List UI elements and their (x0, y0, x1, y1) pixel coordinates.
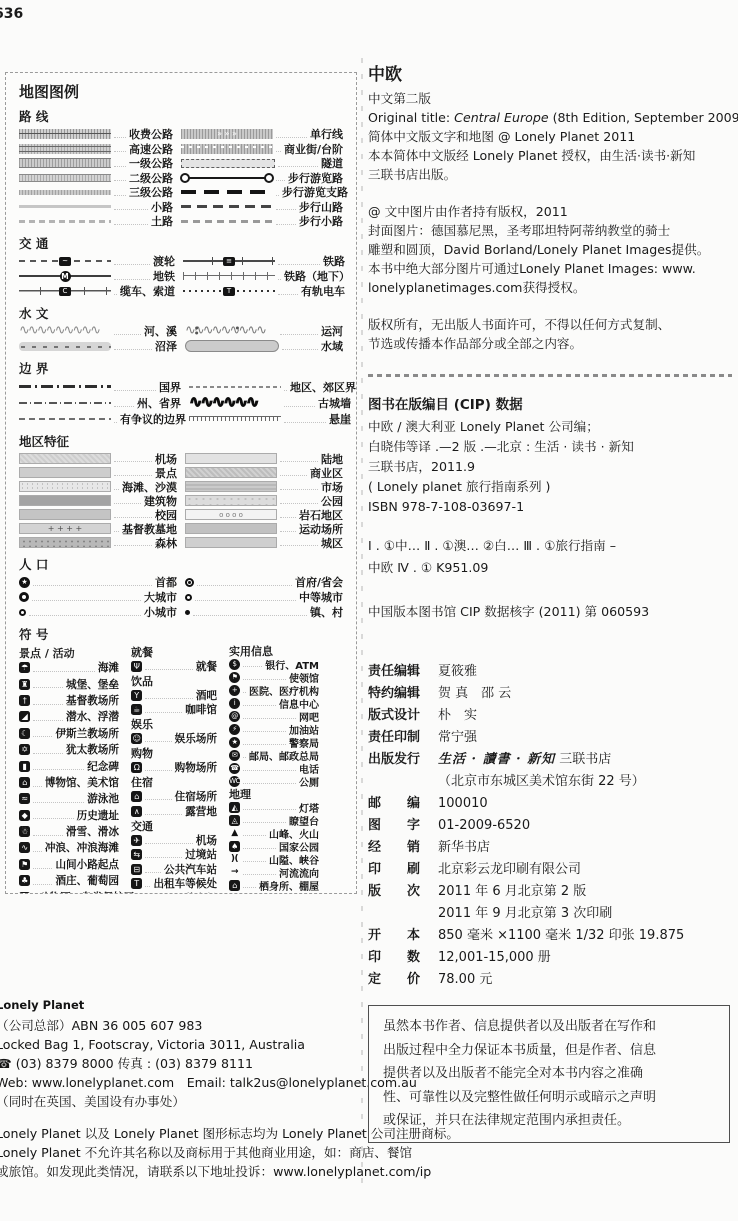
license-line: 简体中文版文字和地图 @ Lonely Planet 2011 (368, 127, 732, 146)
lighthouse-icon: ◭ (229, 802, 240, 813)
route-swatch (181, 144, 273, 154)
trademark-line: Lonely Planet 不允许其名称以及商标用于其他商业用途，如：商店、餐馆 (0, 1143, 368, 1162)
dotted-leader (280, 503, 318, 504)
dotted-leader (145, 857, 182, 858)
dotted-leader (114, 195, 126, 196)
route-swatch (181, 220, 273, 223)
transport-line-swatch: ~ (19, 255, 111, 267)
legend-row: 步行游览路 (181, 171, 343, 186)
population-mark-icon (185, 594, 192, 601)
symbol-label: 伊斯兰教场所 (55, 726, 119, 741)
cip-registry-line: 中国版本图书馆 CIP 数据核字 (2011) 第 060593 (368, 601, 732, 620)
credit-row: 开 本 850 毫米 ×1100 毫米 1/32 印张 19.875 (368, 925, 732, 947)
legend-label: 地铁 (153, 268, 175, 284)
legend-row: 小路 (19, 200, 173, 215)
bank-atm-icon: $ (229, 659, 240, 670)
legend-row: 镇、村 (185, 605, 343, 620)
disclaimer-line: 出版过程中全力保证本书质量，但是作者、信息 (383, 1039, 715, 1063)
symbol-row: ☂ 海滩 (19, 660, 119, 676)
eating-icon: Ψ (131, 661, 142, 672)
dotted-leader (243, 757, 246, 758)
credit-label: 版式设计 (368, 705, 424, 727)
legend-row: 三级公路 (19, 185, 173, 200)
dotted-leader (32, 600, 141, 601)
symbol-row: P 停车场 (131, 891, 217, 894)
information-icon: i (229, 698, 240, 709)
dotted-leader (280, 334, 318, 335)
legend-section-transport: 交 通 (19, 234, 343, 252)
symbol-label: 动物园、鸟类保护区 (39, 890, 134, 894)
symbol-row: ▮ 纪念碑 (19, 758, 119, 774)
boundary-swatch (189, 397, 281, 409)
legend-section-boundaries: 边 界 (19, 359, 343, 377)
route-swatch (181, 129, 273, 139)
legend-label: 沼泽 (155, 338, 177, 354)
trademark-line: 或旅馆。如发现此类情况，请联系以下地址投诉：www.lonelyplanet.c… (0, 1162, 368, 1181)
dotted-leader (33, 720, 63, 721)
dotted-leader (243, 770, 296, 771)
page-number: 636 (0, 6, 23, 22)
mountain-volcano-icon: ▲ (229, 828, 240, 838)
legend-row: 地区、郊区界线 (189, 379, 351, 395)
credit-label: 邮 编 (368, 793, 424, 815)
symbol-label: 交通 (131, 818, 153, 834)
area-swatch (19, 481, 111, 492)
credit-row: 经 销 新华书店 (368, 837, 732, 859)
post-office-icon: ✉ (229, 750, 240, 761)
symbol-row: ☕ 咖啡馆 (131, 703, 217, 718)
credit-row: 版 次 2011 年 6 月北京第 2 版 (368, 881, 732, 903)
credit-label: 图 字 (368, 815, 424, 837)
dotted-leader (33, 753, 63, 754)
legend-row: 小城市 (19, 605, 177, 620)
credit-label (368, 903, 424, 925)
credit-row: 印 数 12,001-15,000 册 (368, 947, 732, 969)
dotted-leader (280, 461, 318, 462)
transport-line-swatch: M (19, 270, 111, 282)
national-park-icon: ♠ (229, 841, 240, 852)
credit-value: 朴 实 (438, 705, 477, 727)
dotted-leader (243, 679, 286, 680)
area-swatch (185, 523, 277, 534)
diving-icon: ◢ (19, 711, 30, 722)
credit-label: 责任编辑 (368, 661, 424, 683)
symbol-label: 历史遗址 (77, 808, 119, 823)
dotted-leader (114, 264, 150, 265)
symbol-row: ⊟ 公共汽车站 (131, 862, 217, 877)
symbols-col-sights: 景点 / 活动 ☂ 海滩 ♜ 城堡、堡垒 † 基督教场所 ◢ (19, 645, 119, 895)
legend-row: 州、省界 (19, 395, 181, 411)
area-swatch (19, 453, 111, 464)
boundary-swatch (189, 386, 281, 388)
legend-row: 城区 (185, 536, 343, 550)
dotted-leader (33, 704, 63, 705)
transport-line-icon: T (223, 287, 235, 296)
hospital-icon: + (229, 685, 240, 696)
legend-label: 首府/省会 (295, 574, 343, 590)
legend-label: 地区、郊区界线 (290, 379, 357, 395)
symbol-row: Ψ 就餐 (131, 659, 217, 674)
dotted-leader (33, 835, 63, 836)
credit-value: 夏筱雅 (438, 661, 477, 683)
credit-label: 开 本 (368, 925, 424, 947)
dotted-leader (243, 718, 296, 719)
legend-label: 河、溪 (144, 323, 177, 339)
dotted-leader (33, 736, 52, 737)
cip-line: 三联书店，2011.9 (368, 457, 732, 477)
legend-label: 州、省界 (137, 395, 181, 411)
transport-line-swatch: ≡ (183, 255, 275, 267)
dotted-leader (114, 279, 150, 280)
legend-label: 镇、村 (310, 604, 343, 620)
dotted-leader (33, 818, 74, 819)
skiing-icon: ☃ (19, 826, 30, 837)
area-swatch (19, 509, 111, 520)
dotted-leader (278, 294, 298, 295)
dotted-leader (145, 872, 161, 873)
area-swatch (19, 523, 111, 534)
dotted-leader (114, 545, 152, 546)
credit-row: 邮 编 100010 (368, 793, 732, 815)
dotted-leader (278, 166, 318, 167)
dotted-leader (280, 545, 318, 546)
dotted-leader (114, 224, 148, 225)
legend-row: 建筑物 (19, 494, 177, 508)
rough-divider (368, 374, 732, 377)
legend-label: 悬崖 (329, 411, 351, 427)
legend-row: 陆地 (185, 452, 343, 466)
symbol-row: ∿ 冲浪、冲浪海滩 (19, 840, 119, 856)
symbol-row: 饮品 (131, 674, 217, 689)
cip-line: 白晓伟等译 .—2 版 .—北京 : 生活 · 读书 · 新知 (368, 437, 732, 457)
population-mark-icon (19, 609, 26, 616)
legend-label: 渡轮 (153, 253, 175, 269)
legend-row: 古城墙 (189, 395, 351, 411)
route-swatch (19, 190, 111, 195)
credit-value: 850 毫米 ×1100 毫米 1/32 印张 19.875 (438, 925, 684, 947)
dotted-leader (197, 585, 292, 586)
symbol-row: ☾ 伊斯兰教场所 (19, 725, 119, 741)
boundaries-columns: 国界 州、省界 有争议的边界 地区、郊区界线 古城墙 (19, 379, 343, 427)
dotted-leader (280, 517, 296, 518)
dotted-leader (114, 137, 126, 138)
symbol-label: 露营地 (185, 804, 217, 819)
credit-value: 常宁强 (438, 727, 477, 749)
legend-row: 运动场所 (185, 522, 343, 536)
hydro-columns: 河、溪 沼泽 运河 水域 (19, 324, 343, 354)
dotted-leader (276, 224, 296, 225)
hydro-swatch (185, 340, 279, 352)
route-swatch (19, 174, 111, 182)
dotted-leader (114, 334, 141, 335)
dotted-leader (243, 731, 286, 732)
routes-columns: 收费公路 高速公路 一级公路 二级公路 三级公路 小路 (19, 127, 343, 229)
credit-value: 2011 年 6 月北京第 2 版 (438, 881, 586, 903)
disclaimer-line: 或保证，并只在法律规定范围内承担责任。 (383, 1109, 715, 1133)
population-columns: 首都 大城市 小城市 首府/省会 中等城市 (19, 575, 343, 620)
route-swatch (19, 220, 111, 223)
legend-row: T 有轨电车 (183, 284, 345, 299)
symbol-label: 购物场所 (175, 760, 217, 775)
legend-section-area: 地区特征 (19, 432, 343, 450)
dotted-leader (33, 671, 95, 672)
photo-credit-line: lonelyplanetimages.com获得授权。 (368, 278, 732, 297)
legend-label: 有轨电车 (301, 283, 345, 299)
legend-label: 小城市 (144, 604, 177, 620)
dotted-leader (276, 209, 296, 210)
symbols-col-services: 就餐 Ψ 就餐 饮品 Y 酒吧 ☕ 咖啡馆 (131, 645, 217, 895)
dotted-leader (243, 666, 262, 667)
symbol-label: 纪念碑 (87, 759, 119, 774)
symbol-label: 瀑布 (299, 891, 319, 895)
legend-row: 岩石地区 (185, 508, 343, 522)
legend-label: 铁路（地下） (284, 268, 350, 284)
legend-row: C 缆车、索道 (19, 284, 175, 299)
symbol-row: ✈ 机场 (131, 833, 217, 848)
bus-station-icon: ⊟ (131, 864, 142, 875)
symbol-label: 城堡、堡垒 (66, 677, 119, 692)
legend-label: 森林 (155, 535, 177, 551)
route-swatch (189, 177, 265, 179)
dotted-leader (114, 151, 126, 152)
parking-icon: P (131, 893, 142, 894)
publisher-script-logo: 生活 · 讀書 · 新知 (438, 752, 555, 767)
legend-label: 大城市 (144, 589, 177, 605)
area-swatch (185, 467, 277, 478)
dotted-leader (114, 349, 152, 350)
symbols-col1-header: 景点 / 活动 (19, 645, 119, 660)
dotted-leader (280, 475, 307, 476)
hydro-swatch (185, 325, 277, 337)
legend-row: 国界 (19, 379, 181, 395)
toilet-icon: WC (229, 776, 240, 787)
rights-line: 节选或传播本作品部分或全部之内容。 (368, 334, 732, 353)
dotted-leader (195, 600, 296, 601)
credit-row: 责任编辑 夏筱雅 (368, 661, 732, 683)
credit-label: 经 销 (368, 837, 424, 859)
population-mark-icon (185, 610, 190, 615)
legend-row: 二级公路 (19, 171, 173, 186)
petrol-station-icon: ⚡ (229, 724, 240, 735)
boundary-swatch (19, 418, 111, 420)
dotted-leader (114, 503, 141, 504)
legend-row: 河、溪 (19, 324, 177, 339)
transport-line-icon: M (60, 271, 71, 282)
credit-label: 版 次 (368, 881, 424, 903)
dotted-leader (243, 783, 296, 784)
legend-label: 有争议的边界 (120, 411, 186, 427)
symbol-label: 购物 (131, 745, 153, 761)
dotted-leader (114, 461, 152, 462)
symbol-row: ♜ 城堡、堡垒 (19, 676, 119, 692)
disclaimer-line: 提供者以及出版者不能完全对本书内容之准确 (383, 1062, 715, 1086)
credit-value: 生活 · 讀書 · 新知 三联书店 (438, 749, 611, 771)
disclaimer-line: 性、可靠性以及完整性做任何明示或暗示之声明 (383, 1086, 715, 1110)
dotted-leader (33, 884, 52, 885)
dotted-leader (33, 868, 52, 869)
symbol-row: ☃ 滑雪、滑冰 (19, 823, 119, 839)
symbol-row: ≈ 游泳池 (19, 791, 119, 807)
boundary-swatch (189, 416, 281, 421)
legend-label: 缆车、索道 (120, 283, 175, 299)
dotted-leader (243, 887, 256, 888)
credit-label: 出版发行 (368, 749, 424, 771)
symbol-label: 过境站 (185, 847, 217, 862)
symbol-row: ◆ 历史遗址 (19, 807, 119, 823)
symbol-row: ◢ 潜水、浮潜 (19, 709, 119, 725)
legend-label: 首都 (155, 574, 177, 590)
hydro-swatch (19, 325, 111, 337)
license-line: 本本简体中文版经 Lonely Planet 授权，由生活·读书·新知 (368, 146, 732, 165)
symbol-row: 娱乐 (131, 717, 217, 732)
route-swatch (181, 205, 273, 208)
dotted-leader (145, 886, 150, 887)
dotted-leader (33, 802, 84, 803)
legend-row: 步行小路 (181, 214, 343, 229)
telephone-icon: ☎ (229, 763, 240, 774)
dotted-leader (145, 698, 193, 699)
area-swatch (185, 481, 277, 492)
dotted-leader (280, 531, 296, 532)
cip-line: 中欧 / 澳大利亚 Lonely Planet 公司编； (368, 417, 732, 437)
dotted-leader (276, 151, 281, 152)
symbol-label: 山间小路起点 (55, 857, 119, 872)
legend-row: 海滩、沙漠 (19, 480, 177, 494)
legend-row: 一级公路 (19, 156, 173, 171)
dotted-leader (145, 712, 182, 713)
disclaimer-box: 虽然本书作者、信息提供者以及出版者在写作和出版过程中全力保证本书质量，但是作者、… (368, 1005, 730, 1143)
symbol-label: 住宿 (131, 774, 153, 790)
symbol-row: ♘ 动物园、鸟类保护区 (19, 889, 119, 894)
lookout-icon: ◬ (229, 815, 240, 826)
credit-value: 北京彩云龙印刷有限公司 (438, 859, 581, 881)
dotted-leader (114, 517, 152, 518)
credit-value: 78.00 元 (438, 969, 492, 991)
photo-credit-line: 雕塑和圆顶，David Borland/Lonely Planet Images… (368, 240, 732, 259)
symbol-label: 娱乐场所 (175, 731, 217, 746)
credit-row: 特约编辑 贺 真 邵 云 (368, 683, 732, 705)
route-swatch (181, 190, 273, 194)
dotted-leader (114, 180, 126, 181)
legend-row: 商业街/台阶 (181, 142, 343, 157)
symbol-label: 就餐 (131, 644, 153, 660)
legend-row: 市场 (185, 480, 343, 494)
islamic-icon: ☾ (19, 728, 30, 739)
area-swatch (185, 453, 277, 464)
original-title-suffix: (8th Edition, September 2009) (549, 110, 738, 125)
entertainment-icon: ☺ (131, 733, 142, 744)
dotted-leader (33, 585, 152, 586)
photo-credit-line: 本书中绝大部分图片可通过Lonely Planet Images: www. (368, 259, 732, 278)
book-title: 中欧 (368, 60, 732, 85)
transport-columns: ~ 渡轮 M 地铁 C 缆车、索道 ≡ (19, 254, 343, 299)
symbol-label: 滑雪、滑冰 (66, 824, 119, 839)
dotted-leader (284, 406, 315, 407)
symbol-row: 购物 (131, 746, 217, 761)
pool-icon: ≈ (19, 793, 30, 804)
cafe-icon: ☕ (131, 704, 142, 715)
dotted-leader (145, 843, 193, 844)
symbol-label: 博物馆、美术馆 (45, 775, 119, 790)
dotted-leader (280, 489, 318, 490)
credit-label: 特约编辑 (368, 683, 424, 705)
dotted-leader (193, 615, 307, 616)
police-icon: ★ (229, 737, 240, 748)
embassy-icon: ⚑ (229, 672, 240, 683)
dotted-leader (243, 861, 266, 862)
airport-icon: ✈ (131, 835, 142, 846)
legend-label: 水域 (321, 338, 343, 354)
symbol-label: 机场 (196, 833, 217, 848)
legend-row: 公园 (185, 494, 343, 508)
symbol-row: 住宿 (131, 775, 217, 790)
bar-icon: Y (131, 690, 142, 701)
border-crossing-icon: ⇆ (131, 849, 142, 860)
dotted-leader (33, 786, 42, 787)
dotted-leader (145, 741, 172, 742)
beach-icon: ☂ (19, 662, 30, 673)
dotted-leader (243, 705, 276, 706)
internet-cafe-icon: @ (229, 711, 240, 722)
symbol-label: 咖啡馆 (185, 702, 217, 717)
credit-row: 2011 年 9 月北京第 3 次印刷 (368, 903, 732, 925)
credit-row: 图 字 01-2009-6520 (368, 815, 732, 837)
sleeping-icon: ⌂ (131, 791, 142, 802)
legend-row: ~ 渡轮 (19, 254, 175, 269)
dotted-leader (243, 874, 276, 875)
symbol-label: 公厕 (299, 774, 319, 789)
symbol-row: ☺ 娱乐场所 (131, 732, 217, 747)
route-swatch (19, 205, 111, 208)
credit-label: 印 刷 (368, 859, 424, 881)
legend-label: 铁路 (323, 253, 345, 269)
dotted-leader (145, 770, 172, 771)
legend-row: 校园 (19, 508, 177, 522)
symbol-row: Y 酒吧 (131, 688, 217, 703)
legend-row: 高速公路 (19, 142, 173, 157)
route-swatch (181, 159, 275, 168)
legend-label: 国界 (159, 379, 181, 395)
credit-value: （北京市东城区美术馆东街 22 号） (438, 771, 645, 793)
legend-row: 土路 (19, 214, 173, 229)
symbol-label: 就餐 (196, 659, 217, 674)
credit-row: 责任印制 常宁强 (368, 727, 732, 749)
symbol-label: 地理 (229, 786, 251, 802)
surfing-icon: ∿ (19, 842, 30, 853)
area-swatch (19, 495, 111, 506)
symbol-label: 停车场 (185, 891, 217, 894)
taxi-rank-icon: T (131, 878, 142, 889)
contact-line: Locked Bag 1, Footscray, Victoria 3011, … (0, 1035, 368, 1054)
river-flow-icon: → (229, 867, 240, 877)
edition-line: 中文第二版 (368, 89, 732, 108)
credit-row: （北京市东城区美术馆东街 22 号） (368, 771, 732, 793)
trademark-line: Lonely Planet 以及 Lonely Planet 图形标志均为 Lo… (0, 1124, 368, 1143)
dotted-leader (114, 406, 134, 407)
dotted-leader (33, 769, 84, 770)
symbol-row: ✡ 犹太教场所 (19, 741, 119, 757)
original-title-italic: Central Europe (454, 110, 548, 125)
dotted-leader (243, 835, 266, 836)
legend-title: 地图图例 (19, 81, 343, 102)
credit-value: 2011 年 9 月北京第 3 次印刷 (438, 903, 612, 925)
shopping-icon: Ω (131, 762, 142, 773)
castle-icon: ♜ (19, 679, 30, 690)
lonely-planet-contact-block: Lonely Planet （公司总部）ABN 36 005 607 983Lo… (0, 998, 368, 1181)
cip-line: ISBN 978-7-108-03697-1 (368, 497, 732, 517)
pass-canyon-icon: )( (229, 854, 240, 864)
colophon-column: 中欧 中文第二版 Original title: Central Europe … (368, 60, 732, 1143)
